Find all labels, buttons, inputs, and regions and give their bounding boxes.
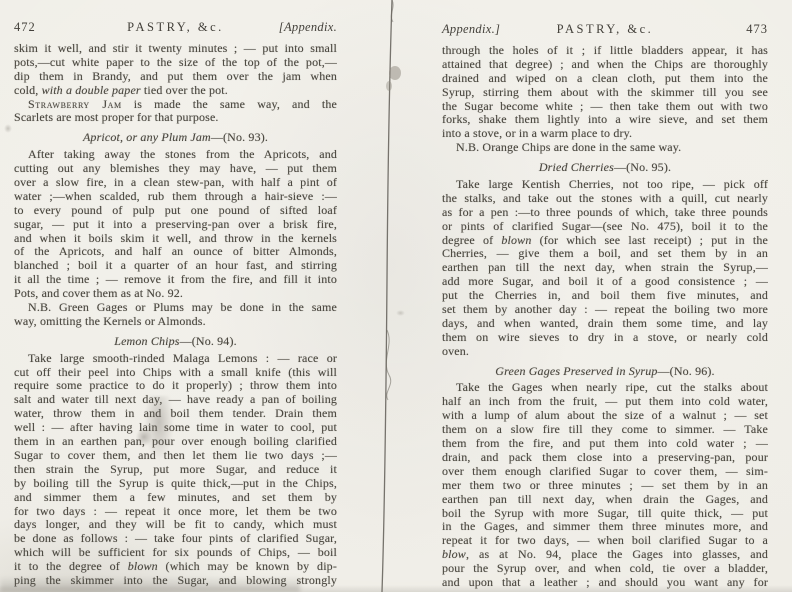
- text-line: Syrup, stirring them about with the skim…: [442, 86, 768, 100]
- text-line: Take large smooth-rinded Malaga Lemons :…: [14, 352, 337, 366]
- text-line: and upon that a leather ; and should you…: [442, 576, 768, 590]
- paragraph: Take large Kentish Cherries, not too rip…: [442, 178, 768, 359]
- text-line: drained and wiped on a clean cloth, put …: [442, 72, 768, 86]
- scan-speck-right: [396, 310, 405, 316]
- text-line: days, and when wanted, drain them some t…: [442, 317, 768, 331]
- text-line: mer them two or three minutes ; — set th…: [442, 479, 768, 493]
- text-line: well : — after having lain some time in …: [14, 421, 337, 435]
- text-line: over them enough clarified Sugar to cove…: [442, 465, 768, 479]
- text-line: attained that degree) ; and when the Chi…: [442, 58, 768, 72]
- heading-line: Green Gages Preserved in Syrup—(No. 96).: [442, 365, 768, 379]
- text-line: boil the Syrup with more Sugar, till qui…: [442, 507, 768, 521]
- text-line: earthen pan till the next day, when stra…: [442, 261, 768, 275]
- text-line: put the Cherries in, and boil them five …: [442, 289, 768, 303]
- text-line: N.B. Green Gages or Plums may be done in…: [14, 301, 337, 315]
- text-line: over a slow fire, in a clean stew-pan, w…: [14, 176, 337, 190]
- text-line: to every pound of pulp put one pound of …: [14, 204, 337, 218]
- text-line: days longer, and they will be fit to can…: [14, 518, 337, 532]
- text-line: or pints of clarified Sugar—(see No. 475…: [442, 220, 768, 234]
- text-line: in the Gages, and simmer them three minu…: [442, 520, 768, 534]
- text-line: cold, with a double paper tied over the …: [14, 84, 337, 98]
- text-line: Strawberry Jam is made the same way, and…: [14, 98, 337, 112]
- text-line: blanched ; boil it a quarter of an hour …: [14, 259, 337, 273]
- text-line: After taking away the stones from the Ap…: [14, 148, 337, 162]
- recipe-heading: Lemon Chips—(No. 94).: [14, 335, 337, 349]
- text-line: add more Sugar, and boil it of a good co…: [442, 275, 768, 289]
- text-line: degree of blown (for which see last rece…: [442, 234, 768, 248]
- text-line: pour the Syrup over, and when cold, tie …: [442, 562, 768, 576]
- text-line: drain, and pack them close into a preser…: [442, 451, 768, 465]
- text-line: the stalks, and take out the stones with…: [442, 192, 768, 206]
- text-line: water, throw them in and boil them tende…: [14, 407, 337, 421]
- appendix-label-left: [Appendix.: [224, 20, 337, 35]
- text-line: ping the skimmer into the Sugar, and blo…: [14, 574, 337, 588]
- heading-line: Apricot, or any Plum Jam—(No. 93).: [14, 131, 337, 145]
- text-line: which will be sufficient for six pounds …: [14, 546, 337, 560]
- text-line: it to the degree of blown (which may be …: [14, 560, 337, 574]
- text-line: skim it well, and stir it twenty minutes…: [14, 42, 337, 56]
- page-left: 472 PASTRY, &c. [Appendix. skim it well,…: [14, 20, 337, 588]
- text-line: Take the Gages when nearly ripe, cut the…: [442, 381, 768, 395]
- paragraph: After taking away the stones from the Ap…: [14, 148, 337, 301]
- paragraph: skim it well, and stir it twenty minutes…: [14, 42, 337, 98]
- recipe-heading: Dried Cherries—(No. 95).: [442, 161, 768, 175]
- text-line: dip them in Brandy, and put them over th…: [14, 70, 337, 84]
- page-body-right: through the holes of it ; if little blad…: [442, 44, 768, 590]
- text-line: of the Apricots, and half an ounce of bi…: [14, 245, 337, 259]
- running-title-right: PASTRY, &c.: [557, 22, 654, 37]
- text-line: Sugar to cover them, and then let them l…: [14, 449, 337, 463]
- text-line: by boiling till the Syrup is quite thick…: [14, 477, 337, 491]
- text-line: Pots, and cover them as at No. 92.: [14, 287, 337, 301]
- paragraph: through the holes of it ; if little blad…: [442, 44, 768, 141]
- paragraph: N.B. Green Gages or Plums may be done in…: [14, 301, 337, 329]
- text-line: them in an earthen pan, pour over enough…: [14, 435, 337, 449]
- text-line: them on a slow fire till they come to si…: [442, 423, 768, 437]
- text-line: be done as follows : — take four pints o…: [14, 532, 337, 546]
- book-spread: 472 PASTRY, &c. [Appendix. skim it well,…: [0, 0, 792, 592]
- text-line: into a stove, or in a warm place to dry.: [442, 127, 768, 141]
- text-line: forks, shake them lightly into a wire si…: [442, 113, 768, 127]
- text-line: the Sugar become white ; — then take the…: [442, 100, 768, 114]
- text-line: Scarlets are most proper for that purpos…: [14, 111, 337, 125]
- paragraph: N.B. Orange Chips are done in the same w…: [442, 141, 768, 155]
- text-line: for two days : — repeat it once more, le…: [14, 505, 337, 519]
- running-title-left: PASTRY, &c.: [127, 20, 224, 35]
- gutter-binding-shadow: [368, 0, 412, 592]
- heading-line: Lemon Chips—(No. 94).: [14, 335, 337, 349]
- page-header-left: 472 PASTRY, &c. [Appendix.: [14, 20, 337, 35]
- appendix-label-right: Appendix.]: [442, 22, 557, 37]
- text-line: them from the fire, and put them into co…: [442, 437, 768, 451]
- text-line: repeat it for two days, — when boil clar…: [442, 534, 768, 548]
- text-line: sugar, — put it into a preserving-pan ov…: [14, 218, 337, 232]
- page-number-left: 472: [14, 20, 127, 35]
- recipe-heading: Green Gages Preserved in Syrup—(No. 96).: [442, 365, 768, 379]
- text-line: through the holes of it ; if little blad…: [442, 44, 768, 58]
- text-line: and when it boils skim it well, and thro…: [14, 232, 337, 246]
- scan-speck-left: [4, 124, 12, 133]
- text-line: with a lump of alum about the size of a …: [442, 409, 768, 423]
- page-body-left: skim it well, and stir it twenty minutes…: [14, 42, 337, 588]
- text-line: and simmer them a few minutes, and set t…: [14, 491, 337, 505]
- text-line: Cherries, — give them a boil, and set th…: [442, 247, 768, 261]
- text-line: require some practice to do it properly)…: [14, 379, 337, 393]
- text-line: way, omitting the Kernels or Almonds.: [14, 315, 337, 329]
- text-line: cut off their peel into Chips with a sma…: [14, 366, 337, 380]
- text-line: N.B. Orange Chips are done in the same w…: [442, 141, 768, 155]
- text-line: cutting out any blemishes they may have,…: [14, 162, 337, 176]
- page-header-right: Appendix.] PASTRY, &c. 473: [442, 22, 768, 37]
- recipe-heading: Apricot, or any Plum Jam—(No. 93).: [14, 131, 337, 145]
- text-line: earthen pan till next day, when drain th…: [442, 493, 768, 507]
- text-line: half an inch from the fruit, — put them …: [442, 395, 768, 409]
- text-line: salt and water till next day, — have rea…: [14, 393, 337, 407]
- text-line: oven.: [442, 345, 768, 359]
- text-line: Take large Kentish Cherries, not too rip…: [442, 178, 768, 192]
- text-line: pots,—cut white paper to the size of the…: [14, 56, 337, 70]
- heading-line: Dried Cherries—(No. 95).: [442, 161, 768, 175]
- text-line: then strain the Syrup, put more Sugar, a…: [14, 463, 337, 477]
- page-right: Appendix.] PASTRY, &c. 473 through the h…: [442, 22, 768, 590]
- paragraph: Strawberry Jam is made the same way, and…: [14, 98, 337, 126]
- paragraph: Take the Gages when nearly ripe, cut the…: [442, 381, 768, 589]
- page-number-right: 473: [653, 22, 768, 37]
- text-line: it all the time ; — remove it from the f…: [14, 273, 337, 287]
- text-line: water ;—when scalded, rub them through a…: [14, 190, 337, 204]
- text-line: as for a pen :—to three pounds of which,…: [442, 206, 768, 220]
- text-line: set them by another day : — repeat the b…: [442, 303, 768, 317]
- paragraph: Take large smooth-rinded Malaga Lemons :…: [14, 352, 337, 588]
- text-line: them on wire sieves to dry in a stove, o…: [442, 331, 768, 345]
- text-line: blow, as at No. 94, place the Gages into…: [442, 548, 768, 562]
